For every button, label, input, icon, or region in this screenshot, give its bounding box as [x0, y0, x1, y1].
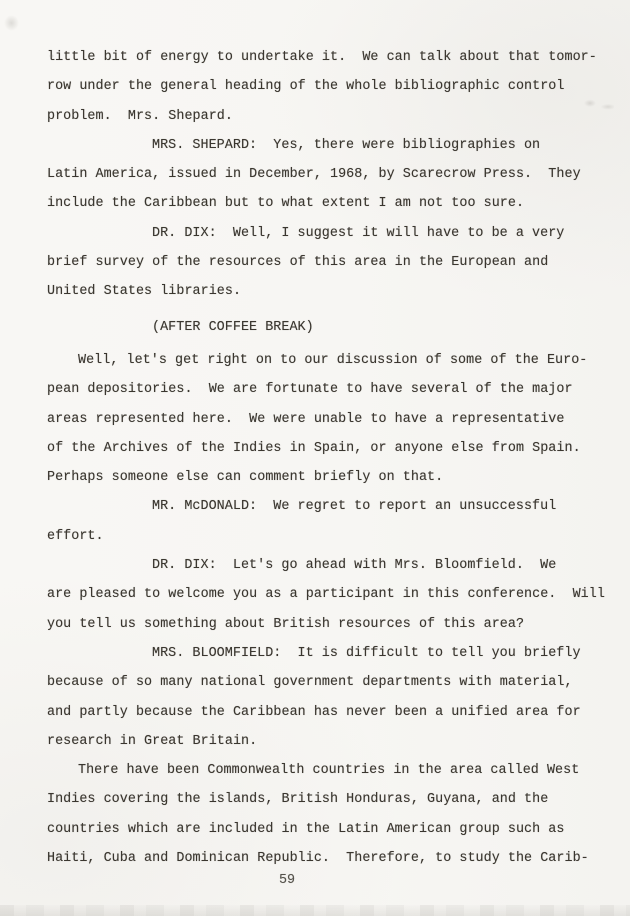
- text-line: Perhaps someone else can comment briefly…: [47, 463, 592, 492]
- page-number: 59: [0, 873, 574, 888]
- text-line: United States libraries.: [47, 277, 592, 306]
- text-line: and partly because the Caribbean has nev…: [47, 698, 592, 727]
- scan-edge-band: [0, 905, 630, 916]
- document-page: little bit of energy to undertake it. We…: [0, 0, 630, 916]
- text-line: Haiti, Cuba and Dominican Republic. Ther…: [47, 844, 592, 873]
- text-line: brief survey of the resources of this ar…: [47, 248, 592, 277]
- text-line: countries which are included in the Lati…: [47, 815, 592, 844]
- speaker-line: DR. DIX: Let's go ahead with Mrs. Bloomf…: [47, 551, 592, 580]
- text-line: Latin America, issued in December, 1968,…: [47, 160, 592, 189]
- text-line: row under the general heading of the who…: [47, 72, 592, 101]
- text-line: you tell us something about British reso…: [47, 610, 592, 639]
- speaker-line: MR. McDONALD: We regret to report an uns…: [47, 492, 592, 521]
- scan-smudge: [4, 15, 19, 31]
- text-line: areas represented here. We were unable t…: [47, 405, 592, 434]
- speaker-line: MRS. SHEPARD: Yes, there were bibliograp…: [47, 131, 592, 160]
- text-line: research in Great Britain.: [47, 727, 592, 756]
- paragraph-start-line: Well, let's get right on to our discussi…: [47, 346, 592, 375]
- text-line: effort.: [47, 522, 592, 551]
- text-line: of the Archives of the Indies in Spain, …: [47, 434, 592, 463]
- speaker-line: DR. DIX: Well, I suggest it will have to…: [47, 219, 592, 248]
- text-line: Indies covering the islands, British Hon…: [47, 785, 592, 814]
- page-text-block: little bit of energy to undertake it. We…: [47, 43, 592, 873]
- text-line: because of so many national government d…: [47, 668, 592, 697]
- text-line: are pleased to welcome you as a particip…: [47, 580, 592, 609]
- text-line: pean depositories. We are fortunate to h…: [47, 375, 592, 404]
- stage-direction-line: (AFTER COFFEE BREAK): [47, 313, 592, 342]
- text-line: include the Caribbean but to what extent…: [47, 189, 592, 218]
- paragraph-start-line: There have been Commonwealth countries i…: [47, 756, 592, 785]
- text-line: problem. Mrs. Shepard.: [47, 102, 592, 131]
- text-line: little bit of energy to undertake it. We…: [47, 43, 592, 72]
- speaker-line: MRS. BLOOMFIELD: It is difficult to tell…: [47, 639, 592, 668]
